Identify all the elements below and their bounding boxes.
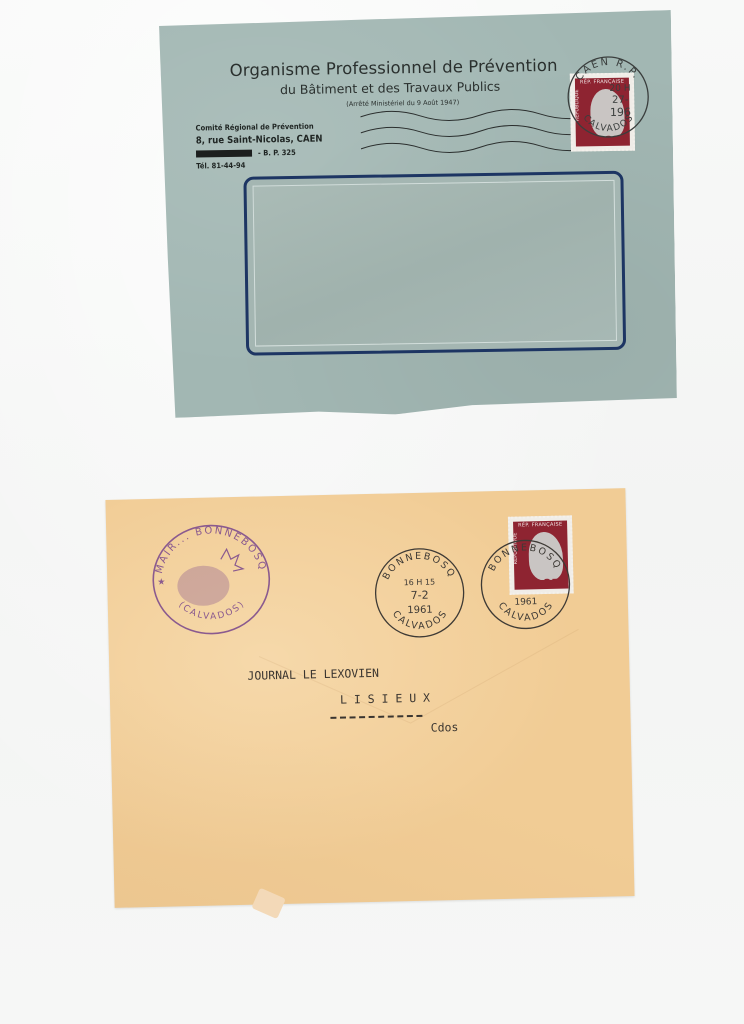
svg-text:★: ★ <box>157 578 165 588</box>
organization-title: Organisme Professionnel de Prévention <box>230 55 610 80</box>
sender-line-1: Comité Régional de Prévention <box>196 121 323 132</box>
redaction-bar <box>196 150 252 158</box>
addressee-city: L I S I E U X <box>340 691 430 707</box>
sender-address: Comité Régional de Prévention 8, rue Sai… <box>196 121 323 170</box>
sender-phone: Tél. 81-44-94 <box>196 159 323 170</box>
underline-dashes <box>330 715 422 719</box>
svg-text:1961: 1961 <box>514 597 537 608</box>
addressee-department: Cdos <box>431 720 459 735</box>
po-box: - B. P. 325 <box>258 148 296 158</box>
svg-text:27-: 27- <box>612 95 629 106</box>
svg-text:20 H: 20 H <box>609 84 630 94</box>
organization-subtitle: du Bâtiment et des Travaux Publics <box>280 79 500 97</box>
sender-line-3: - B. P. 325 <box>196 147 323 158</box>
postmark-bonnebosq-left-icon: BONNEBOSQ 16 H 15 7-2 1961 CALVADOS <box>369 542 471 644</box>
svg-text:BONNEBOSQ: BONNEBOSQ <box>486 542 564 574</box>
town-hall-seal-icon: MAIR... BONNEBOSQ (CALVADOS) ★ <box>146 518 279 641</box>
addressee-name: JOURNAL LE LEXOVIEN <box>247 666 379 683</box>
svg-text:CAEN R.P.: CAEN R.P. <box>573 56 642 83</box>
manila-envelope-bonnebosq: MAIR... BONNEBOSQ (CALVADOS) ★ BONNEBOSQ… <box>105 488 634 908</box>
svg-text:1961: 1961 <box>407 605 433 617</box>
address-window <box>243 171 626 356</box>
svg-text:7-2: 7-2 <box>411 589 429 602</box>
svg-text:16 H 15: 16 H 15 <box>404 577 436 587</box>
window-envelope-caen: Organisme Professionnel de Prévention du… <box>159 10 677 418</box>
stamp-country: RÉP. FRANÇAISE <box>518 522 562 529</box>
postmark-bonnebosq-right-icon: BONNEBOSQ 1961 CALVADOS <box>474 533 576 635</box>
window-pane <box>253 180 617 347</box>
sender-line-2: 8, rue Saint-Nicolas, CAEN <box>196 133 323 146</box>
postmark-caen-icon: CAEN R.P. 20 H 27- 196 CALVADOS <box>557 46 659 148</box>
